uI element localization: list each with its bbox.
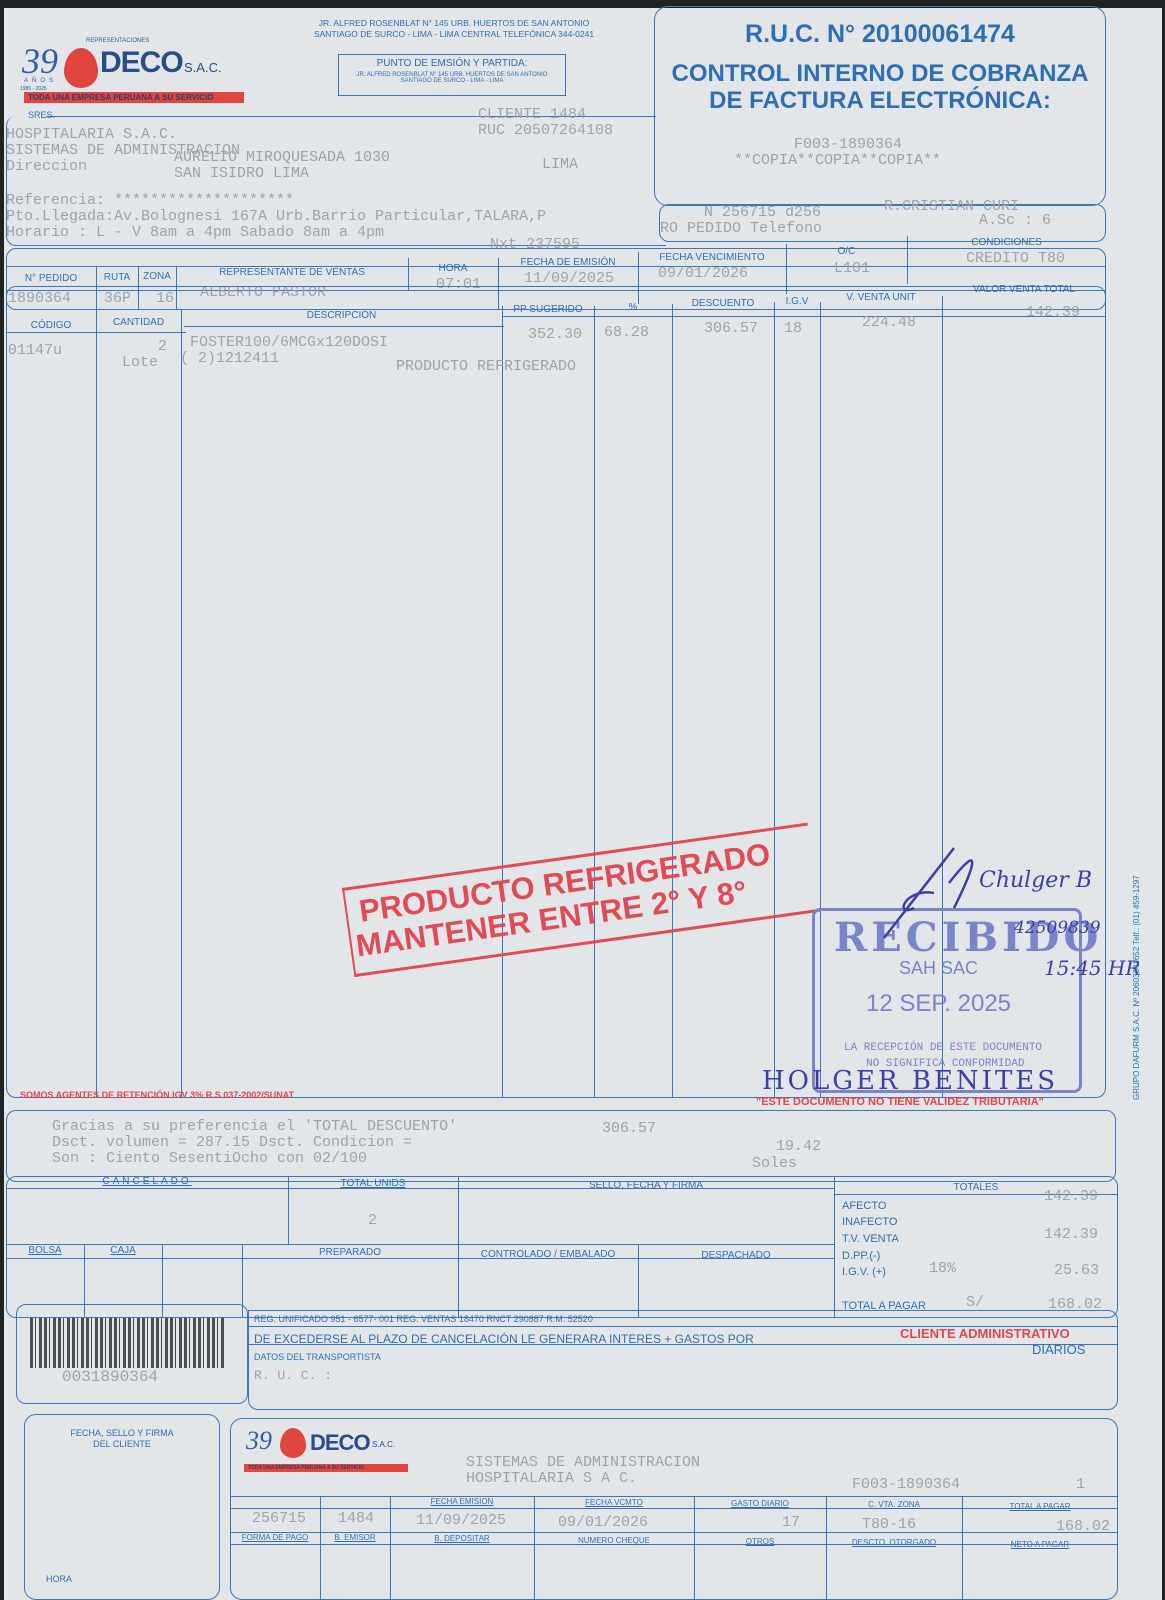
label-fecha-vencimiento: FECHA VENCIMIENTO (638, 252, 786, 263)
value-fecha-emision: 11/09/2025 (524, 270, 614, 287)
label-oc: O/C (786, 246, 907, 257)
pedido-label: RO PEDIDO Telefono (660, 220, 822, 237)
emission-point-box: PUNTO DE EMSIÓN Y PARTIDA: JR. ALFRED RO… (338, 54, 566, 96)
summary-line-1: Gracias a su preferencia el 'TOTAL DESCU… (52, 1118, 457, 1135)
totals-igv-pct: 18% (929, 1260, 956, 1277)
received-note-1: LA RECEPCIÓN DE ESTE DOCUMENTO (844, 1042, 1042, 1054)
received-date: 12 SEP. 2025 (866, 990, 1011, 1018)
retencion-notice: SOMOS AGENTES DE RETENCIÓN IGV 3% R.S.03… (20, 1090, 294, 1100)
label-representante: REPRESENTANTE DE VENTAS (176, 267, 408, 278)
logo-name: DECO (100, 46, 183, 80)
value-oc: L101 (834, 260, 870, 277)
ruc-number: R.U.C. N° 20100061474 (654, 20, 1106, 49)
cancelado-label: CANCELADO (6, 1176, 288, 1187)
stub-logo-suffix: S.A.C. (372, 1440, 395, 1449)
barcode-number: 0031890364 (62, 1368, 158, 1386)
address-line-1: JR. ALFRED ROSENBLAT N° 145 URB. HUERTOS… (304, 18, 604, 29)
logo-years-label: AÑOS (24, 78, 57, 84)
totals-label-tv-venta: T.V. VENTA (842, 1233, 899, 1245)
client-address-2: SAN ISIDRO LIMA (174, 165, 309, 182)
col-igv: I.G.V (774, 296, 820, 307)
stub-header-cvta-zona: C. VTA. ZONA (826, 1500, 962, 1509)
logo-small-label: REPRESENTACIONES (86, 38, 149, 44)
label-condiciones: CONDICIONES (907, 237, 1106, 248)
validez-notice: "ESTE DOCUMENTO NO TIENE VALIDEZ TRIBUTA… (756, 1096, 1044, 1108)
stub-value-fecha-vcmto: 09/01/2026 (558, 1514, 648, 1531)
stub-client-line-2: HOSPITALARIA S A C. (466, 1470, 637, 1487)
col-pp-sugerido: PP SUGERIDO (502, 304, 594, 315)
item-pp-sugerido: 352.30 (528, 326, 582, 343)
asc-number: A.Sc : 6 (979, 212, 1051, 229)
client-type: CLIENTE ADMINISTRATIVO (900, 1326, 1070, 1341)
totals-value-tv-venta: 142.39 (1044, 1226, 1098, 1243)
item-codigo: 01147u (8, 342, 62, 359)
summary-total-discount: 306.57 (602, 1120, 656, 1137)
address-line-2: SANTIAGO DE SURCO - LIMA - LIMA CENTRAL … (304, 29, 604, 40)
handwritten-name: HOLGER BENITES (762, 1066, 1058, 1096)
ruc-title-line-2: DE FACTURA ELECTRÓNICA: (654, 87, 1106, 114)
value-fecha-vencimiento: 09/01/2026 (658, 265, 748, 282)
bolsa-label: BOLSA (6, 1245, 84, 1256)
invoice-document: REPRESENTACIONES 39 AÑOS 1986 - 2025 DEC… (4, 8, 1162, 1600)
stub-header-gasto-diario: GASTO DIARIO (694, 1499, 826, 1508)
item-lote: ( 2)1212411 (180, 350, 279, 367)
label-n-pedido: N° PEDIDO (6, 273, 96, 284)
client-ruc: RUC 20507264108 (478, 122, 613, 139)
emission-title: PUNTO DE EMSIÓN Y PARTIDA: (339, 58, 565, 69)
totals-label-inafecto: INAFECTO (842, 1216, 897, 1228)
summary-currency: Soles (752, 1155, 797, 1172)
stub-drop-icon (280, 1428, 306, 1458)
late-payment-diarios: DIARIOS (1032, 1342, 1085, 1357)
totals-label-igv: I.G.V. (+) (842, 1266, 886, 1278)
totals-value-igv: 25.63 (1054, 1262, 1099, 1279)
totals-label-afecto: AFECTO (842, 1200, 886, 1212)
client-signature-label-2: DEL CLIENTE (24, 1439, 220, 1450)
footer-grid (6, 1176, 1118, 1318)
preparado-label: PREPARADO (242, 1247, 458, 1258)
stub-value-gasto-diario: 17 (782, 1514, 800, 1531)
col-codigo: CÓDIGO (6, 320, 96, 331)
signature-id: 42509839 (1014, 918, 1101, 938)
total-pagar-currency: S/ (966, 1294, 984, 1311)
stub-logo-years: 39 (246, 1426, 272, 1456)
label-zona: ZONA (138, 271, 176, 282)
copy-mark: **COPIA**COPIA**COPIA** (734, 152, 941, 169)
client-name-1: HOSPITALARIA S.A.C. (6, 126, 177, 143)
item-porcentaje: 68.28 (604, 324, 649, 341)
side-printer-text: GRUPO DAFURM S.A.C. Nº 20603341652 Telf.… (1132, 875, 1141, 1100)
stub-header-forma-pago: FORMA DE PAGO (230, 1533, 320, 1542)
controlado-label: CONTROLADO / EMBALADO (458, 1249, 638, 1260)
direccion-label: Direccion (6, 158, 87, 175)
logo-years: 39 (22, 40, 58, 82)
totals-value-afecto: 142.39 (1044, 1188, 1098, 1205)
label-ruta: RUTA (96, 272, 138, 283)
col-valor-venta-total: VALOR VENTA TOTAL (942, 284, 1106, 295)
signature-scribble-icon (874, 838, 1024, 948)
barcode-icon (30, 1318, 226, 1368)
summary-line-2: Dsct. volumen = 287.15 Dsct. Condicion = (52, 1134, 412, 1151)
stub-value-cvta-zona: T80-16 (862, 1516, 916, 1533)
col-descuento: DESCUENTO (672, 298, 774, 309)
item-igv: 18 (784, 320, 802, 337)
referencia: Referencia: ******************** (6, 192, 294, 209)
stub-value-fecha-emision: 11/09/2025 (416, 1512, 506, 1529)
item-lote-label: Lote (122, 354, 158, 371)
item-note: PRODUCTO REFRIGERADO (396, 358, 576, 375)
late-payment-notice: DE EXCEDERSE AL PLAZO DE CANCELACIÓN LE … (254, 1332, 754, 1346)
drop-icon (64, 48, 98, 88)
company-slogan: TODA UNA EMPRESA PERUANA A SU SERVICIO (24, 92, 244, 103)
client-code: CLIENTE 1484 (478, 106, 586, 123)
item-cantidad: 2 (158, 338, 167, 355)
client-city: LIMA (542, 156, 578, 173)
item-descripcion: FOSTER100/6MCGx120DOSI (190, 334, 388, 351)
col-v-venta-unit: V. VENTA UNIT (820, 292, 942, 303)
client-signature-label-1: FECHA, SELLO Y FIRMA (24, 1428, 220, 1439)
col-porcentaje: % (594, 302, 672, 313)
horario: Horario : L - V 8am a 4pm Sabado 8am a 4… (6, 224, 384, 241)
summary-amount-words: Son : Ciento SesentiOcho con 02/100 (52, 1150, 367, 1167)
value-condiciones: CREDITO T80 (966, 250, 1065, 267)
stub-header-fecha-vcmto: FECHA VCMTO (534, 1498, 694, 1507)
pedido-ref: N 256715 d256 (704, 204, 821, 221)
stub-header-b-depositar: B. DEPOSITAR (390, 1534, 534, 1543)
company-logo: REPRESENTACIONES 39 AÑOS 1986 - 2025 DEC… (16, 38, 256, 108)
col-descripcion: DESCRIPCIÓN (181, 310, 502, 321)
ruc-title: CONTROL INTERNO DE COBRANZA DE FACTURA E… (654, 60, 1106, 114)
transportista-ruc: R. U. C. : (254, 1368, 332, 1383)
stub-header-fecha-emision: FECHA EMISION (390, 1497, 534, 1506)
stub-header-numero-cheque: NUMERO CHEQUE (534, 1536, 694, 1545)
despachado-label: DESPACHADO (638, 1250, 834, 1261)
transportista-label: DATOS DEL TRANSPORTISTA (254, 1352, 381, 1362)
stub-invoice: F003-1890364 (852, 1476, 960, 1493)
col-cantidad: CANTIDAD (96, 317, 181, 328)
stub-header-total-pagar: TOTAL A PAGAR (962, 1502, 1118, 1511)
stub-client-line-1: SISTEMAS DE ADMINISTRACION (466, 1454, 700, 1471)
label-hora: HORA (408, 263, 498, 274)
client-address-1: AURELIO MIROQUESADA 1030 (174, 149, 390, 166)
emission-line-2: SANTIAGO DE SURCO - LIMA - LIMA (339, 78, 565, 84)
stub-value-0: 256715 (252, 1510, 306, 1527)
signature-name: Chulger B (979, 868, 1092, 893)
signature-time: 15:45 HR (1044, 956, 1141, 980)
received-company: SAH SAC (899, 958, 978, 979)
ruc-title-line-1: CONTROL INTERNO DE COBRANZA (654, 60, 1106, 87)
total-unids-value: 2 (368, 1212, 377, 1229)
stub-value-total-pagar: 168.02 (1056, 1518, 1110, 1535)
client-signature-label: FECHA, SELLO Y FIRMA DEL CLIENTE (24, 1428, 220, 1450)
stub-header-otros: OTROS (694, 1537, 826, 1546)
caja-label: CAJA (84, 1245, 162, 1256)
stub-page: 1 (1076, 1476, 1085, 1493)
stub-company-logo: 39 DECO S.A.C. TODA UNA EMPRESA PERUANA … (240, 1426, 420, 1486)
summary-condition-value: 19.42 (776, 1138, 821, 1155)
sello-label: SELLO, FECHA Y FIRMA (458, 1180, 834, 1191)
stub-value-1: 1484 (338, 1510, 374, 1527)
logo-suffix: S.A.C. (184, 60, 222, 75)
total-unids-label: TOTAL UNIDS (288, 1178, 458, 1189)
totals-label-dpp: D.PP.(-) (842, 1250, 880, 1262)
hora-label: HORA (46, 1574, 72, 1584)
item-valor-venta-total: 142.39 (1026, 304, 1080, 321)
stub-slogan: TODA UNA EMPRESA PERUANA A SU SERVICIO (244, 1464, 408, 1472)
invoice-number: F003-1890364 (794, 136, 902, 153)
stub-header-b-emisor: B. EMISOR (320, 1533, 390, 1542)
item-descuento: 306.57 (704, 320, 758, 337)
stub-logo-name: DECO (310, 1430, 370, 1456)
stub-header-neto: NETO A PAGAR (962, 1540, 1118, 1549)
stub-header-descto: DESCTO. OTORGADO (826, 1538, 962, 1547)
registration-info: REG. UNIFICADO 951 - 6577- 001 REG. VENT… (254, 1314, 593, 1324)
company-address: JR. ALFRED ROSENBLAT N° 145 URB. HUERTOS… (304, 18, 604, 40)
item-v-venta-unit: 224.48 (862, 314, 916, 331)
label-fecha-emision: FECHA DE EMISIÓN (498, 257, 638, 268)
pto-llegada: Pto.Llegada:Av.Bolognesi 167A Urb.Barrio… (6, 208, 546, 225)
